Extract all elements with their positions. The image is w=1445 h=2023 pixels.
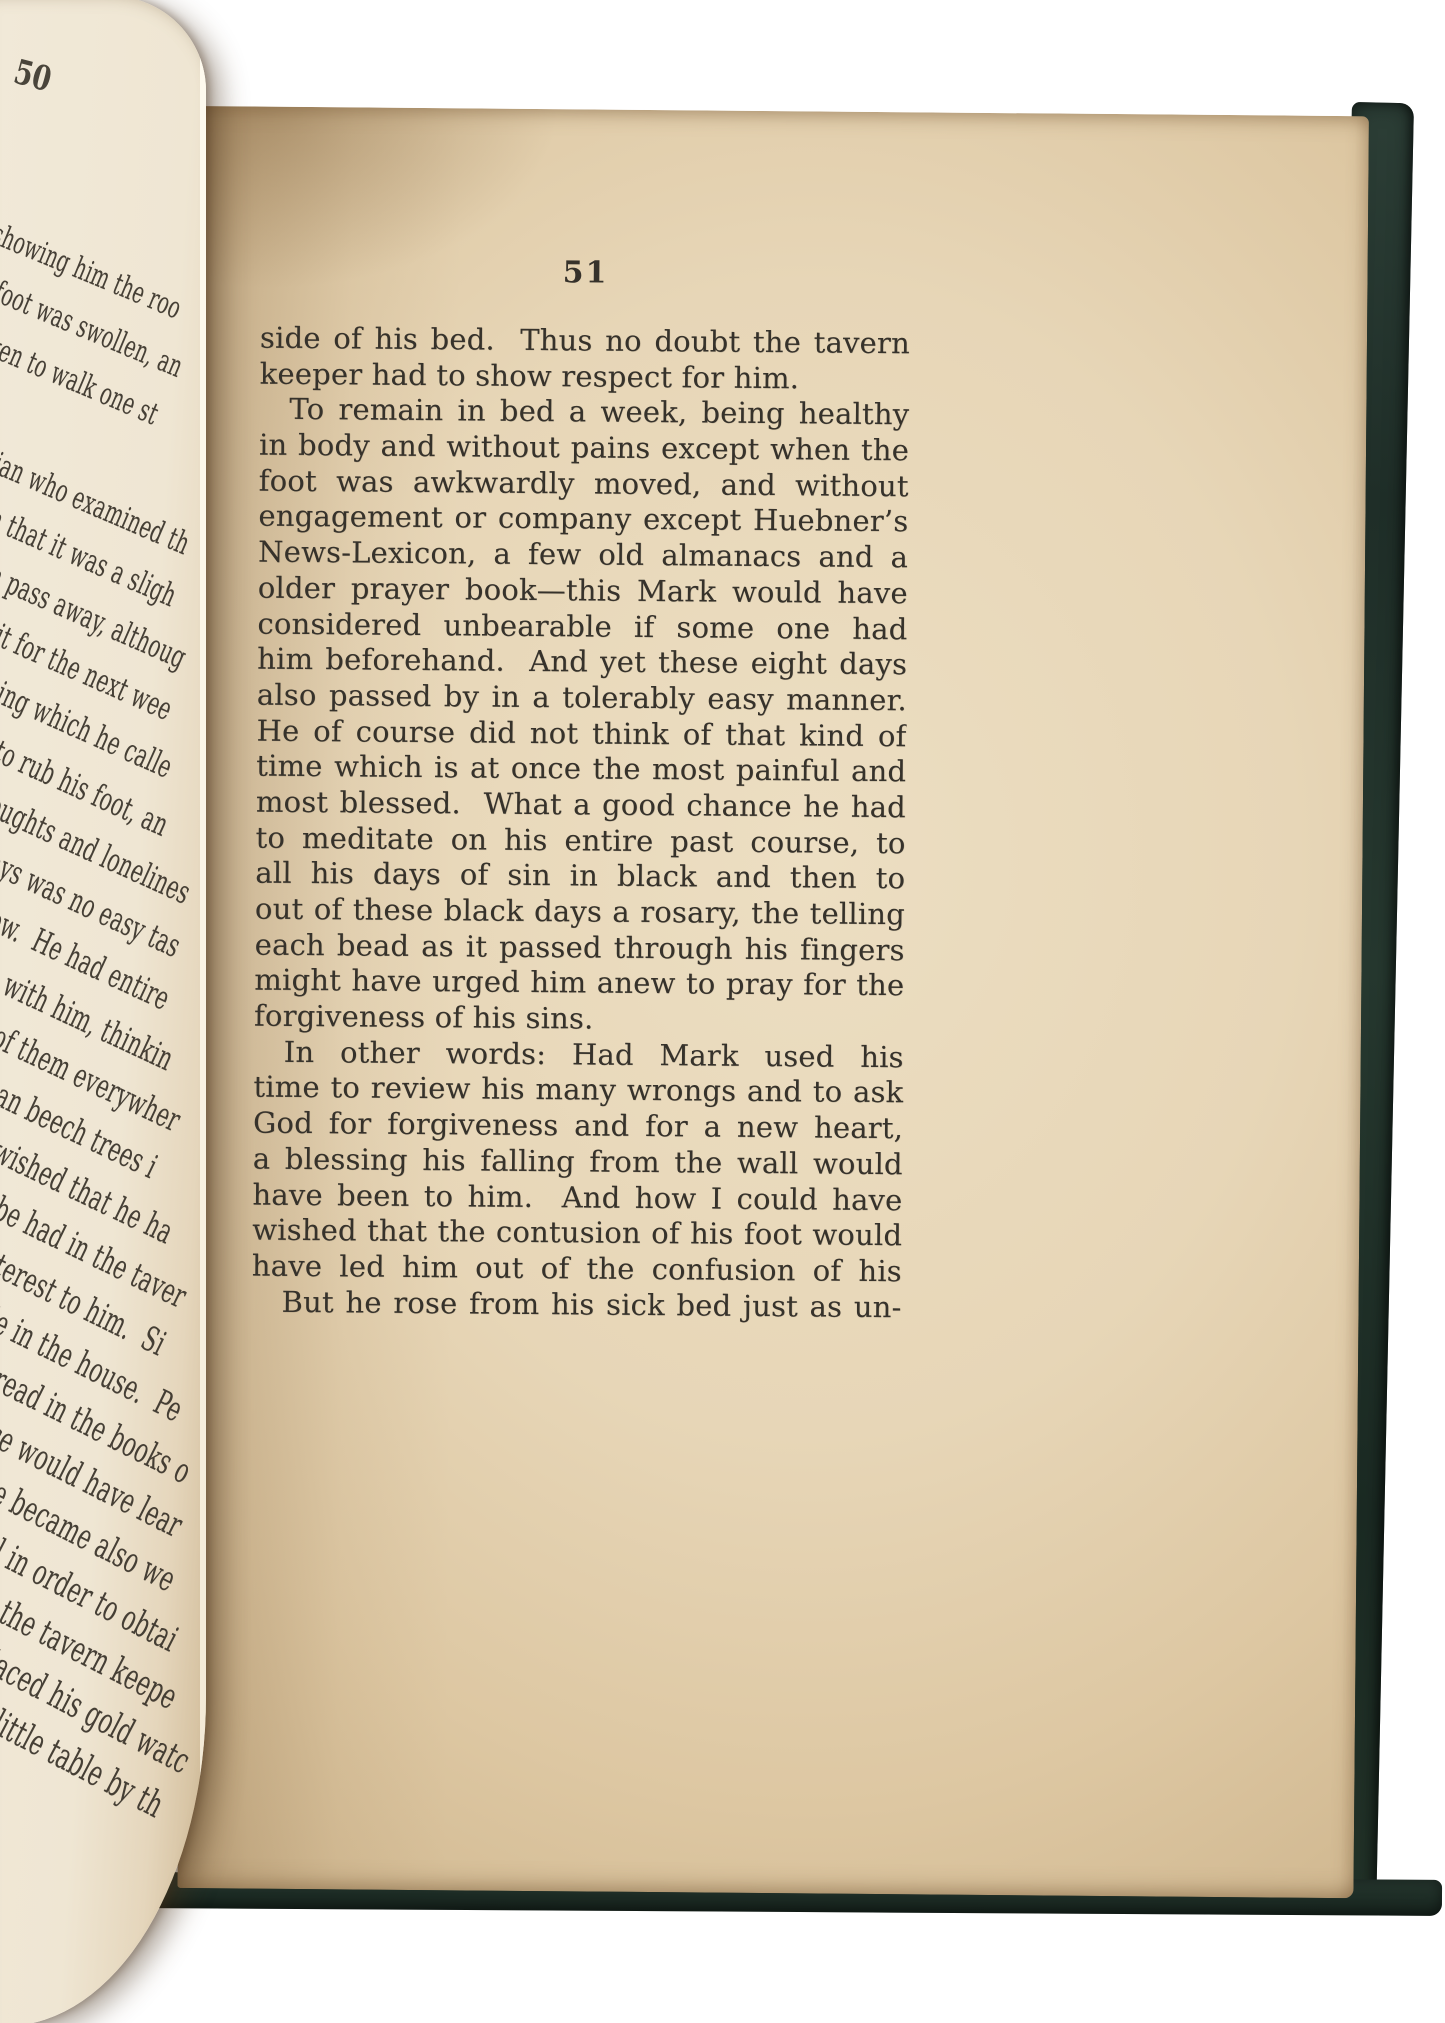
page-text-block: side of his bed. Thus no doubt the taver…: [251, 321, 910, 1326]
text-line: considered unbearable if some one had to…: [257, 606, 907, 647]
text-line: engagement or company except Huebner’s: [258, 499, 908, 540]
text-line: each bead as it passed through his finge…: [255, 927, 905, 968]
text-line: time to review his many wrongs and to as…: [253, 1070, 903, 1111]
text-line: He of course did not think of that kind …: [256, 713, 906, 754]
text-line: also passed by in a tolerably easy manne…: [257, 677, 907, 718]
text-line: News-Lexicon, a few old almanacs and a s…: [258, 535, 908, 576]
text-line: foot was awkwardly moved, and without an…: [259, 463, 909, 504]
text-line: have led him out of the confusion of his…: [252, 1248, 902, 1289]
text-line: time which is at once the most painful a…: [256, 749, 906, 790]
text-line: forgiveness of his sins.: [254, 999, 904, 1040]
text-line: side of his bed. Thus no doubt the taver…: [260, 321, 910, 362]
text-line: have been to him. And how I could have: [252, 1177, 902, 1218]
text-line: wished that the contusion of his foot wo…: [252, 1213, 902, 1254]
page-number-right: 51: [260, 253, 910, 294]
text-line: keeper had to show respect for him.: [260, 356, 910, 397]
text-line: all his days of sin in black and then to…: [255, 856, 905, 897]
text-line: God for forgiveness and for a new heart,…: [253, 1106, 903, 1147]
text-line: a blessing his falling from the wall wou…: [253, 1141, 903, 1182]
page-left: 50 r showing him the rooe foot was swoll…: [0, 0, 206, 2023]
text-line: to meditate on his entire past course, t…: [255, 820, 905, 861]
left-page-text-block: r showing him the rooe foot was swollen,…: [0, 0, 206, 2023]
text-line: But he rose from his sick bed just as un…: [251, 1284, 901, 1325]
text-line: out of these black days a rosary, the te…: [255, 892, 905, 933]
text-line: older prayer book—this Mark would have: [258, 570, 908, 611]
text-line: most blessed. What a good chance he had: [256, 785, 906, 826]
open-book-photo: 51 side of his bed. Thus no doubt the ta…: [0, 0, 1445, 2023]
text-line: In other words: Had Mark used his leisur…: [254, 1034, 904, 1075]
text-line: might have urged him anew to pray for th…: [254, 963, 904, 1004]
text-line: him beforehand. And yet these eight days: [257, 642, 907, 683]
text-line: in body and without pains except when th…: [259, 428, 909, 469]
page-right: 51 side of his bed. Thus no doubt the ta…: [177, 106, 1369, 1898]
text-line: To remain in bed a week, being healthy: [259, 392, 909, 433]
